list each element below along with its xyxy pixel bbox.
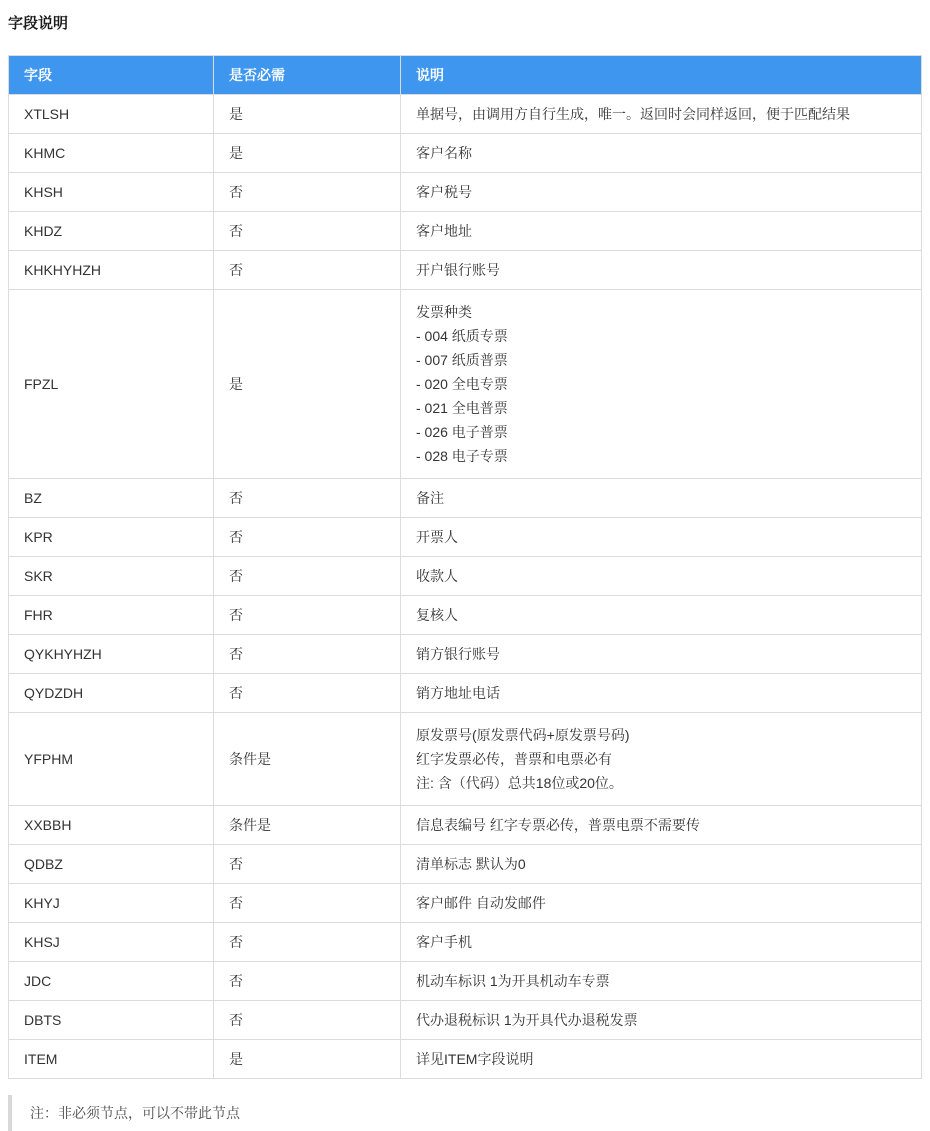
field-description: 客户名称 bbox=[401, 134, 922, 173]
field-description: 详见ITEM字段说明 bbox=[401, 1040, 922, 1079]
field-code: XXBBH bbox=[9, 806, 214, 845]
description-line: 客户手机 bbox=[416, 932, 906, 952]
field-code: QDBZ bbox=[9, 845, 214, 884]
description-line: 原发票号(原发票代码+原发票号码) bbox=[416, 723, 906, 747]
description-line: 复核人 bbox=[416, 605, 906, 625]
col-header-required: 是否必需 bbox=[214, 56, 401, 95]
page-title: 字段说明 bbox=[8, 12, 922, 33]
field-required: 否 bbox=[214, 173, 401, 212]
table-header: 字段 是否必需 说明 bbox=[9, 56, 922, 95]
field-code: QYKHYHZH bbox=[9, 635, 214, 674]
description-line: - 021 全电普票 bbox=[416, 396, 906, 420]
field-description: 原发票号(原发票代码+原发票号码)红字发票必传，普票和电票必有注: 含（代码）总… bbox=[401, 713, 922, 806]
field-description: 开户银行账号 bbox=[401, 251, 922, 290]
table-row: KHSJ 否 客户手机 bbox=[9, 923, 922, 962]
field-code: KHKHYHZH bbox=[9, 251, 214, 290]
description-line: 注: 含（代码）总共18位或20位。 bbox=[416, 771, 906, 795]
col-header-field: 字段 bbox=[9, 56, 214, 95]
description-line: 开票人 bbox=[416, 527, 906, 547]
table-body: XTLSH 是 单据号，由调用方自行生成，唯一。返回时会同样返回，便于匹配结果 … bbox=[9, 95, 922, 1079]
field-required: 是 bbox=[214, 134, 401, 173]
field-description: 销方银行账号 bbox=[401, 635, 922, 674]
table-row: ITEM 是 详见ITEM字段说明 bbox=[9, 1040, 922, 1079]
table-row: KHYJ 否 客户邮件 自动发邮件 bbox=[9, 884, 922, 923]
description-line: 客户地址 bbox=[416, 221, 906, 241]
table-row: SKR 否 收款人 bbox=[9, 557, 922, 596]
field-code: FPZL bbox=[9, 290, 214, 479]
field-code: JDC bbox=[9, 962, 214, 1001]
field-code: KHSJ bbox=[9, 923, 214, 962]
field-description: 客户地址 bbox=[401, 212, 922, 251]
field-required: 否 bbox=[214, 884, 401, 923]
description-line: 机动车标识 1为开具机动车专票 bbox=[416, 971, 906, 991]
description-line: 单据号，由调用方自行生成，唯一。返回时会同样返回，便于匹配结果 bbox=[416, 104, 906, 124]
field-required: 否 bbox=[214, 479, 401, 518]
field-required: 条件是 bbox=[214, 713, 401, 806]
field-required: 是 bbox=[214, 1040, 401, 1079]
field-required: 否 bbox=[214, 635, 401, 674]
field-description-table: 字段 是否必需 说明 XTLSH 是 单据号，由调用方自行生成，唯一。返回时会同… bbox=[8, 55, 922, 1079]
field-code: DBTS bbox=[9, 1001, 214, 1040]
description-line: - 026 电子普票 bbox=[416, 420, 906, 444]
field-description: 客户邮件 自动发邮件 bbox=[401, 884, 922, 923]
table-row: KHDZ 否 客户地址 bbox=[9, 212, 922, 251]
note-blockquote: 注：非必须节点，可以不带此节点 bbox=[8, 1095, 922, 1131]
description-line: 销方地址电话 bbox=[416, 683, 906, 703]
field-required: 条件是 bbox=[214, 806, 401, 845]
table-row: XXBBH 条件是 信息表编号 红字专票必传，普票电票不需要传 bbox=[9, 806, 922, 845]
field-required: 否 bbox=[214, 596, 401, 635]
description-line: 收款人 bbox=[416, 566, 906, 586]
description-line: 销方银行账号 bbox=[416, 644, 906, 664]
field-required: 否 bbox=[214, 1001, 401, 1040]
table-row: KHKHYHZH 否 开户银行账号 bbox=[9, 251, 922, 290]
description-line: 发票种类 bbox=[416, 300, 906, 324]
table-row: XTLSH 是 单据号，由调用方自行生成，唯一。返回时会同样返回，便于匹配结果 bbox=[9, 95, 922, 134]
table-row: FHR 否 复核人 bbox=[9, 596, 922, 635]
table-row: QYDZDH 否 销方地址电话 bbox=[9, 674, 922, 713]
description-line: - 028 电子专票 bbox=[416, 444, 906, 468]
description-line: 清单标志 默认为0 bbox=[416, 854, 906, 874]
table-row: KHSH 否 客户税号 bbox=[9, 173, 922, 212]
field-description: 清单标志 默认为0 bbox=[401, 845, 922, 884]
description-line: 客户名称 bbox=[416, 143, 906, 163]
field-required: 是 bbox=[214, 95, 401, 134]
field-required: 否 bbox=[214, 674, 401, 713]
col-header-desc: 说明 bbox=[401, 56, 922, 95]
description-line: 客户邮件 自动发邮件 bbox=[416, 893, 906, 913]
field-code: YFPHM bbox=[9, 713, 214, 806]
doc-page: 字段说明 字段 是否必需 说明 XTLSH 是 单据号，由调用方自行生成，唯一。… bbox=[0, 0, 930, 1131]
field-required: 否 bbox=[214, 962, 401, 1001]
field-code: QYDZDH bbox=[9, 674, 214, 713]
field-code: ITEM bbox=[9, 1040, 214, 1079]
description-line: - 004 纸质专票 bbox=[416, 324, 906, 348]
field-description: 信息表编号 红字专票必传，普票电票不需要传 bbox=[401, 806, 922, 845]
field-description: 机动车标识 1为开具机动车专票 bbox=[401, 962, 922, 1001]
field-description: 开票人 bbox=[401, 518, 922, 557]
field-description: 复核人 bbox=[401, 596, 922, 635]
description-line: 备注 bbox=[416, 488, 906, 508]
table-row: YFPHM 条件是 原发票号(原发票代码+原发票号码)红字发票必传，普票和电票必… bbox=[9, 713, 922, 806]
field-code: KHYJ bbox=[9, 884, 214, 923]
field-required: 是 bbox=[214, 290, 401, 479]
description-line: - 007 纸质普票 bbox=[416, 348, 906, 372]
field-code: KPR bbox=[9, 518, 214, 557]
field-code: SKR bbox=[9, 557, 214, 596]
field-description: 销方地址电话 bbox=[401, 674, 922, 713]
table-row: KHMC 是 客户名称 bbox=[9, 134, 922, 173]
field-required: 否 bbox=[214, 518, 401, 557]
field-description: 发票种类- 004 纸质专票- 007 纸质普票- 020 全电专票- 021 … bbox=[401, 290, 922, 479]
field-description: 客户税号 bbox=[401, 173, 922, 212]
field-description: 收款人 bbox=[401, 557, 922, 596]
table-row: FPZL 是 发票种类- 004 纸质专票- 007 纸质普票- 020 全电专… bbox=[9, 290, 922, 479]
field-code: KHDZ bbox=[9, 212, 214, 251]
description-line: 开户银行账号 bbox=[416, 260, 906, 280]
field-required: 否 bbox=[214, 212, 401, 251]
table-row: DBTS 否 代办退税标识 1为开具代办退税发票 bbox=[9, 1001, 922, 1040]
field-code: BZ bbox=[9, 479, 214, 518]
field-required: 否 bbox=[214, 923, 401, 962]
table-row: KPR 否 开票人 bbox=[9, 518, 922, 557]
field-description: 单据号，由调用方自行生成，唯一。返回时会同样返回，便于匹配结果 bbox=[401, 95, 922, 134]
description-line: 客户税号 bbox=[416, 182, 906, 202]
field-description: 代办退税标识 1为开具代办退税发票 bbox=[401, 1001, 922, 1040]
table-row: JDC 否 机动车标识 1为开具机动车专票 bbox=[9, 962, 922, 1001]
field-code: XTLSH bbox=[9, 95, 214, 134]
field-code: KHMC bbox=[9, 134, 214, 173]
field-code: FHR bbox=[9, 596, 214, 635]
table-row: QYKHYHZH 否 销方银行账号 bbox=[9, 635, 922, 674]
description-line: 红字发票必传，普票和电票必有 bbox=[416, 747, 906, 771]
field-description: 备注 bbox=[401, 479, 922, 518]
field-required: 否 bbox=[214, 845, 401, 884]
field-code: KHSH bbox=[9, 173, 214, 212]
description-line: 信息表编号 红字专票必传，普票电票不需要传 bbox=[416, 815, 906, 835]
description-line: - 020 全电专票 bbox=[416, 372, 906, 396]
note-text: 注：非必须节点，可以不带此节点 bbox=[30, 1105, 240, 1121]
table-row: BZ 否 备注 bbox=[9, 479, 922, 518]
description-line: 代办退税标识 1为开具代办退税发票 bbox=[416, 1010, 906, 1030]
field-required: 否 bbox=[214, 251, 401, 290]
field-description: 客户手机 bbox=[401, 923, 922, 962]
table-row: QDBZ 否 清单标志 默认为0 bbox=[9, 845, 922, 884]
field-required: 否 bbox=[214, 557, 401, 596]
description-line: 详见ITEM字段说明 bbox=[416, 1049, 906, 1069]
